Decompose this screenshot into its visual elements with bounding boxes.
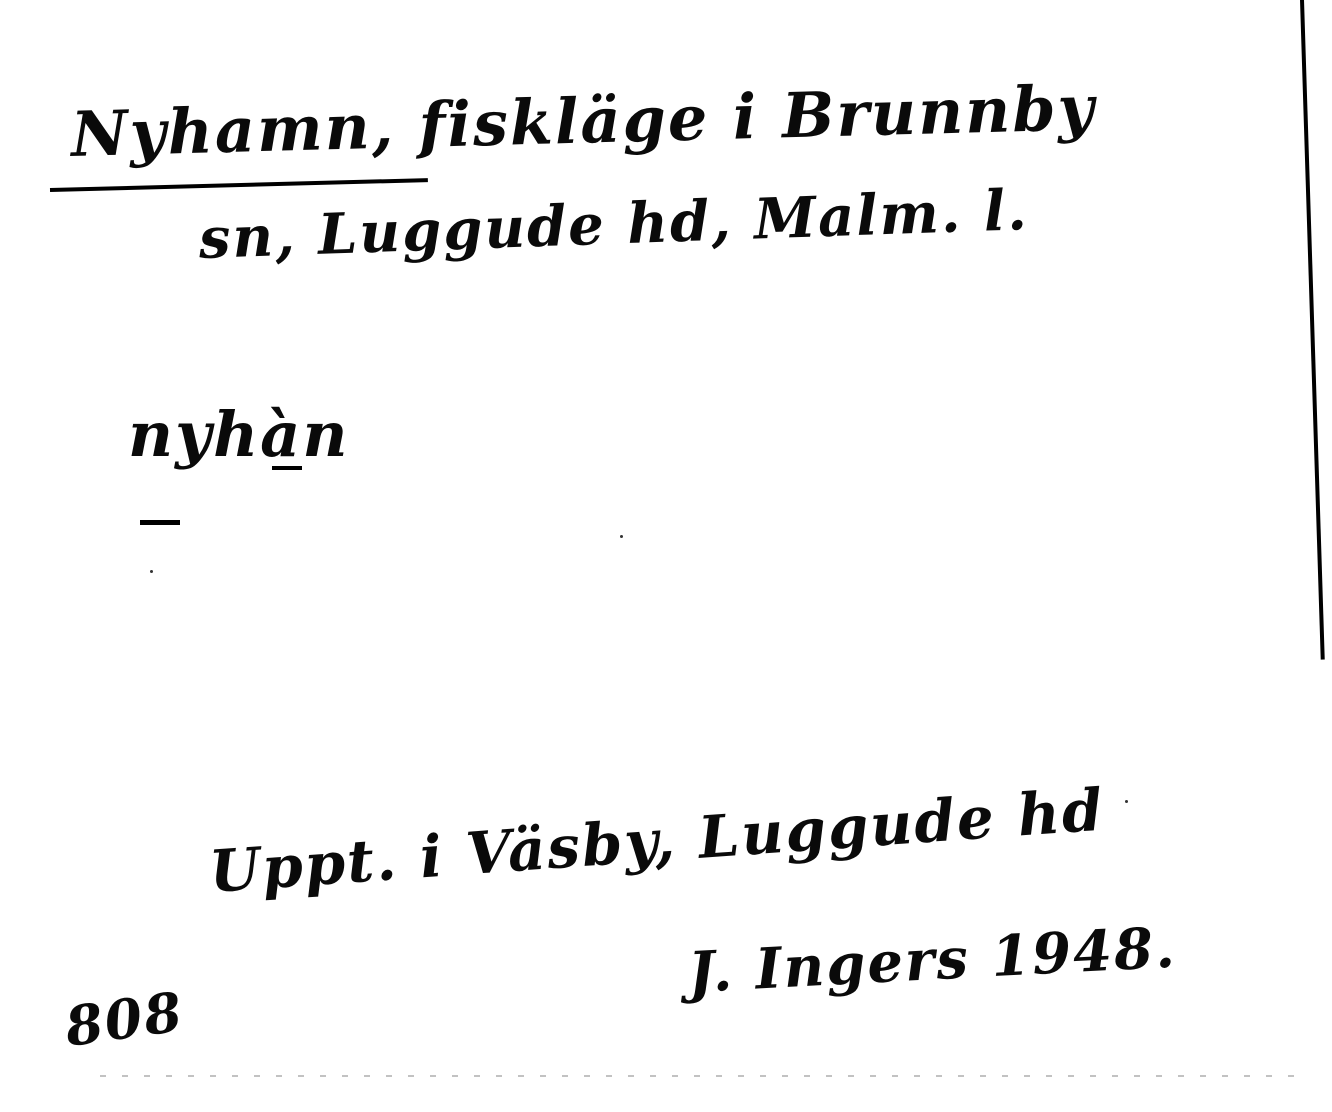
scan-speck — [150, 570, 153, 573]
vowel-length-underline — [272, 466, 302, 470]
scan-speck — [1125, 800, 1128, 803]
archive-card: Nyhamn, fiskläge i Brunnby sn, Luggude h… — [0, 0, 1332, 1112]
phonetic-form: nyhàn — [128, 398, 349, 471]
heading-line: Nyhamn, fiskläge i Brunnby — [70, 71, 1096, 171]
card-edge — [1300, 0, 1325, 660]
headword: Nyhamn — [70, 90, 372, 171]
recording-place-line: Uppt. i Väsby, Luggude hd — [207, 776, 1106, 906]
recorder-date-line: J. Ingers 1948. — [687, 915, 1179, 1006]
heading-description: , fiskläge i Brunnby — [371, 71, 1097, 163]
scan-speck — [620, 535, 623, 538]
scan-noise — [100, 1075, 1310, 1077]
location-line: sn, Luggude hd, Malm. l. — [198, 177, 1030, 272]
headword-underline — [50, 178, 428, 192]
stress-mark-underline — [140, 520, 180, 525]
catalog-number: 808 — [61, 979, 187, 1059]
